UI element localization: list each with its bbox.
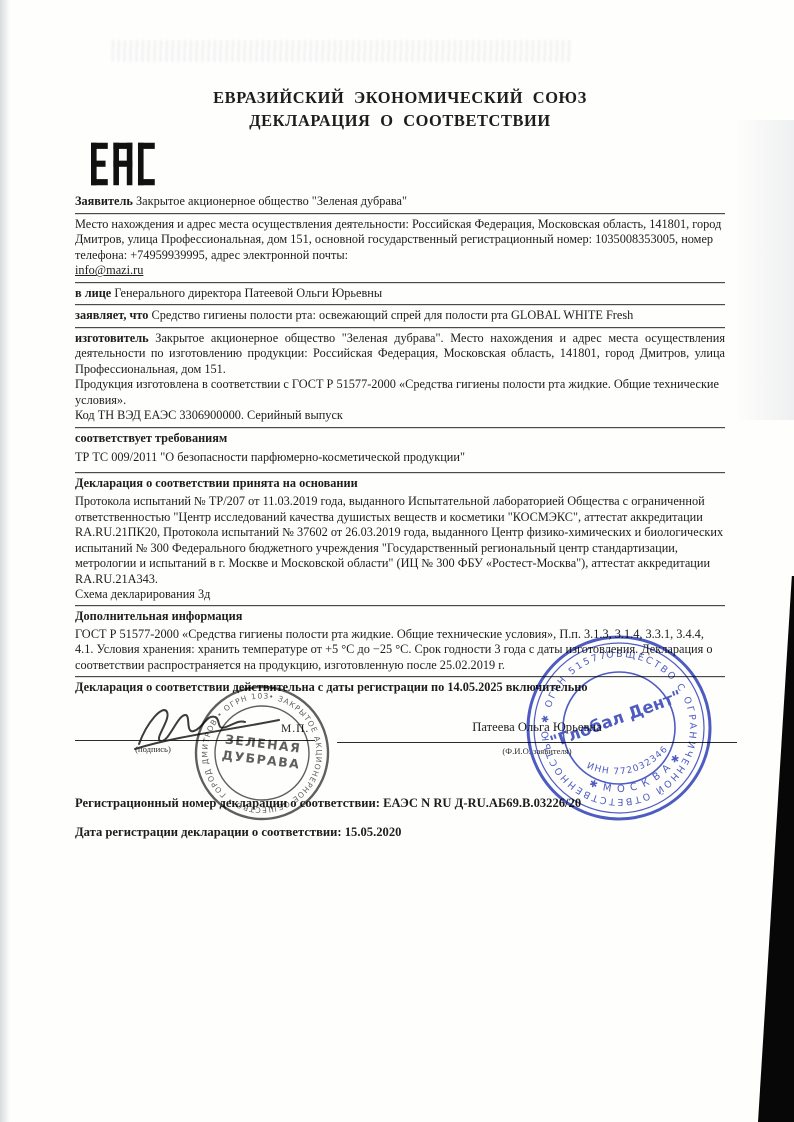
right-scan-shade-artifact <box>734 120 794 420</box>
signature-area: (подпись) М.П. Патеева Ольга Юрьевна (Ф.… <box>75 700 725 780</box>
divider <box>75 472 725 473</box>
left-scan-edge-artifact <box>0 0 10 1122</box>
tnved-line: Код ТН ВЭД ЕАЭС 3306900000. Серийный вып… <box>75 408 725 423</box>
right-edge-scan-artifact <box>758 576 794 1122</box>
declares-label: заявляет, что <box>75 308 148 322</box>
document-body: ЕВРАЗИЙСКИЙ ЭКОНОМИЧЕСКИЙ СОЮЗ ДЕКЛАРАЦИ… <box>75 88 725 841</box>
applicant-label: Заявитель <box>75 194 133 208</box>
address-line: Место нахождения и адрес места осуществл… <box>75 217 725 279</box>
divider <box>75 605 725 606</box>
declares-line: заявляет, что Средство гигиены полости р… <box>75 308 725 323</box>
gost-line: Продукция изготовлена в соответствии с Г… <box>75 377 725 408</box>
declares-value: Средство гигиены полости рта: освежающий… <box>152 308 634 322</box>
in-face-label: в лице <box>75 286 111 300</box>
applicant-value: Закрытое акционерное общество "Зеленая д… <box>136 194 407 208</box>
email-text: info@mazi.ru <box>75 263 143 277</box>
divider <box>75 427 725 428</box>
blue-stamp-center-text: "Глобал Дент" <box>547 686 684 751</box>
divider <box>75 282 725 283</box>
eac-logo-glyph <box>91 141 157 187</box>
manufacturer-line: изготовитель Закрытое акционерное общест… <box>75 331 725 377</box>
manufacturer-value: Закрытое акционерное общество "Зеленая д… <box>75 331 725 376</box>
address-text: Место нахождения и адрес места осуществл… <box>75 217 721 262</box>
applicant-line: Заявитель Закрытое акционерное общество … <box>75 194 725 209</box>
in-face-line: в лице Генерального директора Патеевой О… <box>75 286 725 301</box>
document-title-line1: ЕВРАЗИЙСКИЙ ЭКОНОМИЧЕСКИЙ СОЮЗ <box>75 88 725 109</box>
tr-ts-line: ТР ТС 009/2011 "О безопасности парфюмерн… <box>75 450 725 465</box>
divider <box>75 213 725 214</box>
scheme-line: Схема декларирования 3д <box>75 587 725 602</box>
eac-logo: ЕАС <box>91 141 725 189</box>
manufacturer-label: изготовитель <box>75 331 149 345</box>
top-scan-smudge-artifact <box>112 40 572 62</box>
divider <box>75 304 725 305</box>
document-title-line2: ДЕКЛАРАЦИЯ О СООТВЕТСТВИИ <box>75 111 725 132</box>
company-round-stamp: • ЗАКРЫТОЕ АКЦИОНЕРНОЕ ОБЩЕСТВО • ГОРОД … <box>183 674 341 832</box>
additional-heading: Дополнительная информация <box>75 609 725 624</box>
global-dent-blue-stamp: ОБЩЕСТВО С ОГРАНИЧЕННОЙ ОТВЕТСТВЕННОСТЬЮ… <box>508 617 730 839</box>
reg-date-line: Дата регистрации декларации о соответств… <box>75 825 725 841</box>
divider <box>75 327 725 328</box>
basis-text: Протокола испытаний № ТР/207 от 11.03.20… <box>75 494 725 587</box>
in-face-value: Генерального директора Патеевой Ольги Юр… <box>114 286 382 300</box>
scanned-declaration-page: ЕВРАЗИЙСКИЙ ЭКОНОМИЧЕСКИЙ СОЮЗ ДЕКЛАРАЦИ… <box>0 0 794 1122</box>
complies-heading: соответствует требованиям <box>75 431 725 446</box>
basis-heading: Декларация о соответствии принята на осн… <box>75 476 725 491</box>
